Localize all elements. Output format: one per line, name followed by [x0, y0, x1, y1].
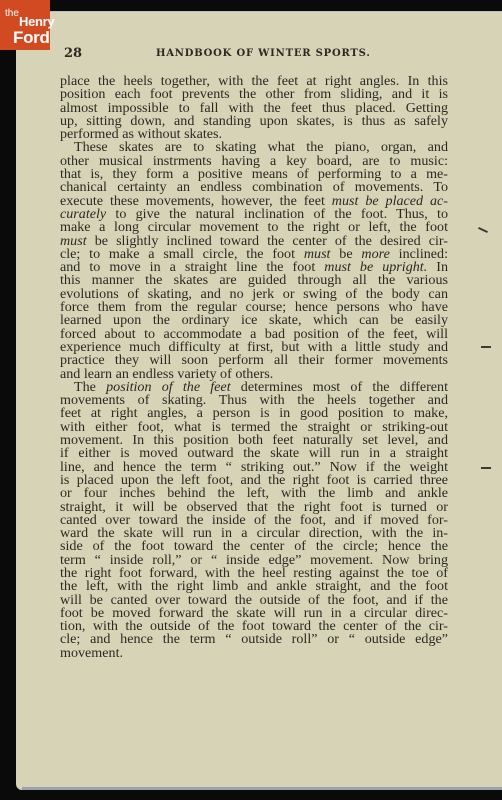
margin-mark — [481, 346, 491, 348]
running-head: HANDBOOK OF WINTER SPORTS. — [156, 48, 371, 59]
henry-ford-logo: the Henry Ford — [0, 0, 50, 50]
page-bottom-edge — [22, 787, 502, 790]
page-number: 28 — [64, 46, 82, 61]
logo-the: the — [5, 9, 19, 19]
margin-mark — [481, 467, 491, 469]
text-line: movement. — [60, 647, 448, 660]
body-text: place the heels together, with the feet … — [60, 75, 448, 660]
logo-ford: Ford — [13, 29, 50, 46]
logo-henry: Henry — [19, 15, 54, 28]
